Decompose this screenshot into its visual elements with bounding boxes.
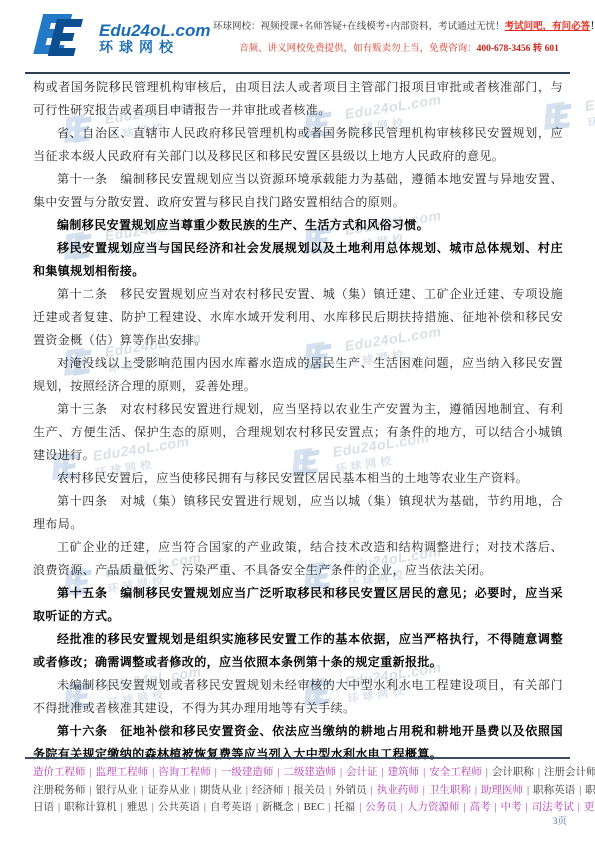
footer-link[interactable]: 执业药师 <box>377 785 419 796</box>
footer-link[interactable]: 期货从业 <box>200 785 242 796</box>
footer-divider <box>25 757 570 759</box>
logo-text: Edu24oL.com 环球网校 <box>99 21 210 57</box>
paragraph: 省、自治区、直辖市人民政府移民管理机构或者国务院移民管理机构审核移民安置规划，应… <box>33 122 563 168</box>
separator: | <box>401 802 403 813</box>
header-text: 环球网校：视频授课+名师答疑+在线模考+内部资料，考试通过无忧！考试问吧，有问必… <box>213 20 585 56</box>
footer-link[interactable]: 证券从业 <box>148 785 190 796</box>
separator: | <box>423 767 425 778</box>
footer-link[interactable]: 造价工程师 <box>33 767 86 778</box>
separator: | <box>486 767 488 778</box>
edu24ol-e-icon <box>30 11 94 66</box>
paragraph: 经批准的移民安置规划是组织实施移民安置工作的基本依据，应当严格执行，不得随意调整… <box>33 628 563 674</box>
footer-link[interactable]: 人力资源师 <box>407 802 460 813</box>
paragraph: 第十六条 征地补偿和移民安置资金、依法应当缴纳的耕地占用税和耕地开垦费以及依照国… <box>33 720 563 766</box>
separator: | <box>298 802 300 813</box>
separator: | <box>527 785 529 796</box>
separator: | <box>423 785 425 796</box>
separator: | <box>538 767 540 778</box>
footer-link[interactable]: 公务员 <box>365 802 397 813</box>
separator: | <box>475 785 477 796</box>
separator: | <box>152 767 154 778</box>
contact-text: 音频、讲义网校免费提供，如有贩卖勿上当，免费咨询： <box>239 44 477 54</box>
paragraph: 第十一条 编制移民安置规划应当以资源环境承载能力为基础，遵循本地安置与异地安置、… <box>33 168 563 214</box>
footer-link[interactable]: 更多 <box>584 802 595 813</box>
separator: | <box>371 785 373 796</box>
document-body: 构或者国务院移民管理机构审核后，由项目法人或者项目主管部门报项目审批或者核准部门… <box>33 76 563 766</box>
separator: | <box>142 785 144 796</box>
header-divider <box>25 72 570 74</box>
logo-brand: Edu24oL.com <box>99 21 210 40</box>
footer-link[interactable]: 二级建造师 <box>283 767 336 778</box>
watermark-brand-cn: 环球网校 <box>586 100 595 131</box>
header-contact: 音频、讲义网校免费提供，如有贩卖勿上当，免费咨询：400-678-3456 转 … <box>213 42 585 56</box>
document-page: Edu24oL.com环球网校Edu24oL.com环球网校Edu24oL.co… <box>0 0 595 842</box>
footer-link-line: 注册税务师|银行从业|证券从业|期货从业|经济师|报关员|外销员|执业药师|卫生… <box>33 782 565 800</box>
paragraph: 农村移民安置后，应当使移民拥有与移民安置区居民基本相当的土地等农业生产资料。 <box>33 467 563 490</box>
separator: | <box>526 802 528 813</box>
footer-link[interactable]: 日语 <box>33 802 54 813</box>
footer-link[interactable]: 注册税务师 <box>33 785 86 796</box>
separator: | <box>328 802 330 813</box>
footer-link[interactable]: 经济师 <box>252 785 284 796</box>
page-footer: 造价工程师|监理工程师|咨询工程师|一级建造师|二级建造师|会计证|建筑师|安全… <box>33 764 565 817</box>
footer-links: 造价工程师|监理工程师|咨询工程师|一级建造师|二级建造师|会计证|建筑师|安全… <box>33 764 565 817</box>
footer-link[interactable]: 卫生职称 <box>429 785 471 796</box>
separator: | <box>495 802 497 813</box>
paragraph: 第十五条 编制移民安置规划应当广泛听取移民和移民安置区居民的意见；必要时，应当采… <box>33 582 563 628</box>
paragraph: 第十三条 对农村移民安置进行规划，应当坚持以农业生产安置为主，遵循因地制宜、有利… <box>33 398 563 467</box>
footer-link[interactable]: 助理医师 <box>481 785 523 796</box>
footer-link-line: 日语|职称计算机|雅思|公共英语|自考英语|新概念|BEC|托福|公务员|人力资… <box>33 799 565 817</box>
footer-link[interactable]: 监理工程师 <box>96 767 149 778</box>
footer-link[interactable]: 银行从业 <box>96 785 138 796</box>
slogan-suffix: ！ <box>590 22 595 32</box>
separator: | <box>340 767 342 778</box>
footer-link[interactable]: 安全工程师 <box>429 767 482 778</box>
footer-link[interactable]: 高考 <box>470 802 491 813</box>
separator: | <box>90 767 92 778</box>
header-slogan: 环球网校：视频授课+名师答疑+在线模考+内部资料，考试通过无忧！考试问吧，有问必… <box>213 20 585 34</box>
paragraph: 第十二条 移民安置规划应当对农村移民安置、城（集）镇迁建、工矿企业迁建、专项设施… <box>33 283 563 352</box>
footer-link[interactable]: 报关员 <box>294 785 326 796</box>
footer-link[interactable]: 新概念 <box>262 802 294 813</box>
edu24ol-logo: Edu24oL.com 环球网校 <box>30 11 210 66</box>
logo-brand-cn: 环球网校 <box>99 40 210 57</box>
footer-link[interactable]: 托福 <box>334 802 355 813</box>
separator: | <box>121 802 123 813</box>
footer-link[interactable]: 司法考试 <box>532 802 574 813</box>
footer-link[interactable]: 外销员 <box>335 785 367 796</box>
paragraph: 构或者国务院移民管理机构审核后，由项目法人或者项目主管部门报项目审批或者核准部门… <box>33 76 563 122</box>
footer-link[interactable]: 自考英语 <box>210 802 252 813</box>
watermark-text: Edu24oL.com环球网校 <box>584 83 595 131</box>
separator: | <box>204 802 206 813</box>
separator: | <box>152 802 154 813</box>
footer-link-line: 造价工程师|监理工程师|咨询工程师|一级建造师|二级建造师|会计证|建筑师|安全… <box>33 764 565 782</box>
separator: | <box>359 802 361 813</box>
footer-link[interactable]: 咨询工程师 <box>158 767 211 778</box>
footer-link[interactable]: 职称 <box>585 785 595 796</box>
footer-link[interactable]: BEC <box>304 802 324 813</box>
separator: | <box>215 767 217 778</box>
separator: | <box>246 785 248 796</box>
watermark-brand: Edu24oL.com <box>584 83 595 114</box>
phone-number: 400-678-3456 转 601 <box>477 44 559 54</box>
separator: | <box>329 785 331 796</box>
separator: | <box>382 767 384 778</box>
footer-link[interactable]: 公共英语 <box>158 802 200 813</box>
separator: | <box>58 802 60 813</box>
separator: | <box>256 802 258 813</box>
footer-link[interactable]: 会计证 <box>346 767 378 778</box>
separator: | <box>277 767 279 778</box>
page-number: 3页 <box>553 813 567 827</box>
paragraph: 编制移民安置规划应当尊重少数民族的生产、生活方式和风俗习惯。 <box>33 214 563 237</box>
separator: | <box>194 785 196 796</box>
slogan-text: 环球网校：视频授课+名师答疑+在线模考+内部资料，考试通过无忧！ <box>213 22 505 32</box>
footer-link[interactable]: 建筑师 <box>388 767 420 778</box>
paragraph: 工矿企业的迁建，应当符合国家的产业政策，结合技术改造和结构调整进行；对技术落后、… <box>33 536 563 582</box>
separator: | <box>90 785 92 796</box>
footer-link[interactable]: 雅思 <box>127 802 148 813</box>
separator: | <box>287 785 289 796</box>
paragraph: 对淹没线以上受影响范围内因水库蓄水造成的居民生产、生活困难问题，应当纳入移民安置… <box>33 352 563 398</box>
separator: | <box>579 785 581 796</box>
paragraph: 未编制移民安置规划或者移民安置规划未经审核的大中型水利水电工程建设项目，有关部门… <box>33 674 563 720</box>
footer-link[interactable]: 注册会计师 <box>544 767 595 778</box>
separator: | <box>578 802 580 813</box>
separator: | <box>463 802 465 813</box>
footer-link[interactable]: 会计职称 <box>492 767 534 778</box>
exam-qa-link[interactable]: 考试问吧，有问必答 <box>505 22 591 32</box>
footer-link[interactable]: 职称英语 <box>533 785 575 796</box>
paragraph: 移民安置规划应当与国民经济和社会发展规划以及土地利用总体规划、城市总体规划、村庄… <box>33 237 563 283</box>
paragraph: 第十四条 对城（集）镇移民安置进行规划，应当以城（集）镇现状为基础，节约用地，合… <box>33 490 563 536</box>
footer-link[interactable]: 中考 <box>501 802 522 813</box>
footer-link[interactable]: 一级建造师 <box>221 767 274 778</box>
footer-link[interactable]: 职称计算机 <box>64 802 117 813</box>
